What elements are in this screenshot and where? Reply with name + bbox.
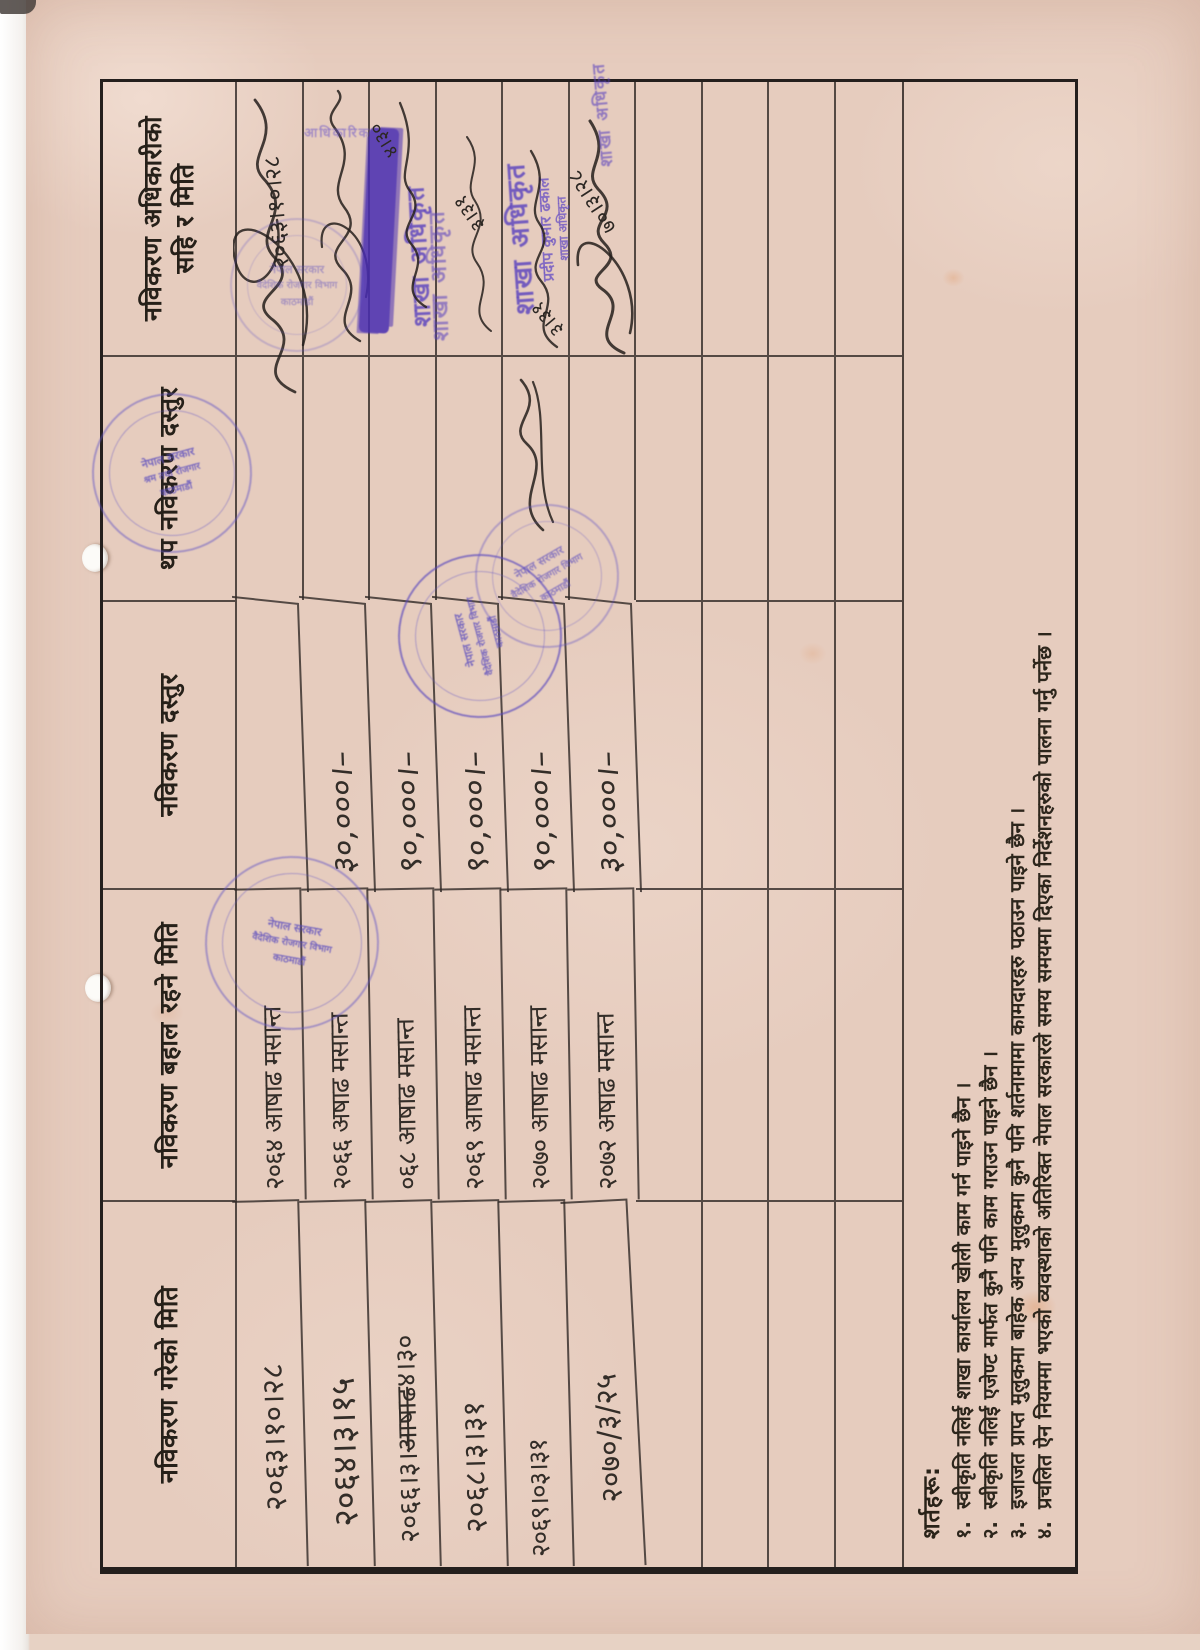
record-4-sign-date: ३।३१ bbox=[446, 190, 490, 237]
empty-cell bbox=[836, 600, 903, 888]
empty-cell bbox=[703, 1200, 770, 1567]
record-4-signature-cell: शाखा अधिकृत ३।३१ bbox=[437, 82, 504, 355]
record-6-valid-until: २०७२ अषाढ मसान्त bbox=[567, 887, 639, 1200]
record-3-additional-fee bbox=[370, 355, 437, 600]
condition-text: स्वीकृति नलिई शाखा कार्यालय खोली काम गर्… bbox=[950, 1083, 977, 1509]
empty-cell bbox=[703, 82, 770, 355]
renewal-table: नविकरण गरेको मिति नविकरण बहाल रहने मिति … bbox=[103, 82, 902, 1567]
record-6-signature-cell: ७०।३।२८ शाखा अधिकृत bbox=[570, 82, 637, 355]
officer-name-stamp: प्रदीप कुमार ढकाल शाखा अधिकृत bbox=[534, 176, 573, 282]
empty-cell bbox=[636, 888, 703, 1200]
record-2-renewed-date: २०६४।३।१५ bbox=[299, 1199, 375, 1568]
empty-cell bbox=[636, 1200, 703, 1567]
conditions-title: शर्तहरू: bbox=[914, 92, 946, 1539]
condition-item: ३. इजाजत प्राप्त मुलुकमा बाहेक अन्य मुलु… bbox=[1004, 92, 1031, 1539]
empty-cell bbox=[636, 600, 703, 888]
record-2-fee: ३०,०००।– bbox=[298, 596, 375, 892]
empty-cell bbox=[636, 355, 703, 600]
signature-scribble bbox=[455, 131, 501, 341]
branch-officer-stamp: शाखा अधिकृत bbox=[420, 209, 455, 341]
empty-cell bbox=[703, 600, 770, 888]
empty-cell bbox=[836, 888, 903, 1200]
condition-number: २. bbox=[977, 1509, 1004, 1539]
record-3-struck-text: आषाढ bbox=[391, 1386, 424, 1452]
condition-text: स्वीकृति नलिई एजेण्ट मार्फत कुनै पनि काम… bbox=[977, 1051, 1004, 1509]
record-1-renewed-date: २०६३।१०।२८ bbox=[232, 1199, 308, 1568]
empty-cell bbox=[836, 82, 903, 355]
authorized-stamp: आधिकारिक bbox=[304, 125, 371, 143]
empty-cell bbox=[703, 888, 770, 1200]
condition-number: ४. bbox=[1031, 1509, 1058, 1539]
record-5-signature-cell: शाखा अधिकृत प्रदीप कुमार ढकाल शाखा अधिकृ… bbox=[503, 82, 570, 355]
empty-cell bbox=[836, 355, 903, 600]
header-renewal-fee: नविकरण दस्तुर bbox=[103, 600, 237, 888]
empty-cell bbox=[769, 888, 836, 1200]
record-4-valid-until: २०६९ आषाढ मसान्त bbox=[434, 887, 506, 1200]
empty-cell bbox=[769, 600, 836, 888]
empty-cell bbox=[769, 355, 836, 600]
condition-item: ४. प्रचलित ऐन नियममा भएको व्यवस्थाको अति… bbox=[1031, 92, 1058, 1539]
header-officer-signature: नविकरण अधिकारीको सहि र मिति bbox=[103, 82, 237, 355]
record-1-fee bbox=[232, 596, 309, 892]
condition-number: १. bbox=[950, 1509, 977, 1539]
condition-number: ३. bbox=[1004, 1509, 1031, 1539]
record-2-additional-fee bbox=[304, 355, 371, 600]
conditions-section: शर्तहरू: १. स्वीकृति नलिई शाखा कार्यालय … bbox=[902, 82, 1075, 1567]
record-5-valid-until: २०७० आषाढ मसान्त bbox=[500, 887, 572, 1200]
condition-item: २. स्वीकृति नलिई एजेण्ट मार्फत कुनै पनि … bbox=[977, 92, 1004, 1539]
condition-text: प्रचलित ऐन नियममा भएको व्यवस्थाको अतिरिक… bbox=[1031, 631, 1058, 1509]
scanned-license-page: { "table": { "headers": [ "नविकरण गरेको … bbox=[0, 0, 1200, 1650]
empty-cell bbox=[769, 82, 836, 355]
rotated-content: नविकरण गरेको मिति नविकरण बहाल रहने मिति … bbox=[0, 0, 1200, 1650]
empty-cell bbox=[703, 355, 770, 600]
record-3-date-part2: ४।३० bbox=[390, 1334, 422, 1387]
empty-cell bbox=[836, 1200, 903, 1567]
empty-cell bbox=[769, 1200, 836, 1567]
condition-text: इजाजत प्राप्त मुलुकमा बाहेक अन्य मुलुकमा… bbox=[1004, 808, 1031, 1509]
record-6-sign-date: ७०।३।२८ bbox=[561, 165, 623, 239]
condition-item: १. स्वीकृति नलिई शाखा कार्यालय खोली काम … bbox=[950, 92, 977, 1539]
record-4-renewed-date: २०६८।३।३१ bbox=[432, 1199, 508, 1568]
record-3-date-part: २०६६।३। bbox=[393, 1452, 426, 1543]
round-official-seal: नेपाल सरकार वैदेशिक रोजगार विभाग काठमाडौ… bbox=[230, 218, 364, 352]
record-3-renewed-date: २०६६।३।आषाढ४।३० bbox=[365, 1199, 441, 1568]
branch-officer-stamp: शाखा अधिकृत bbox=[585, 61, 617, 167]
empty-cell bbox=[636, 82, 703, 355]
header-renewed-date: नविकरण गरेको मिति bbox=[103, 1200, 237, 1567]
